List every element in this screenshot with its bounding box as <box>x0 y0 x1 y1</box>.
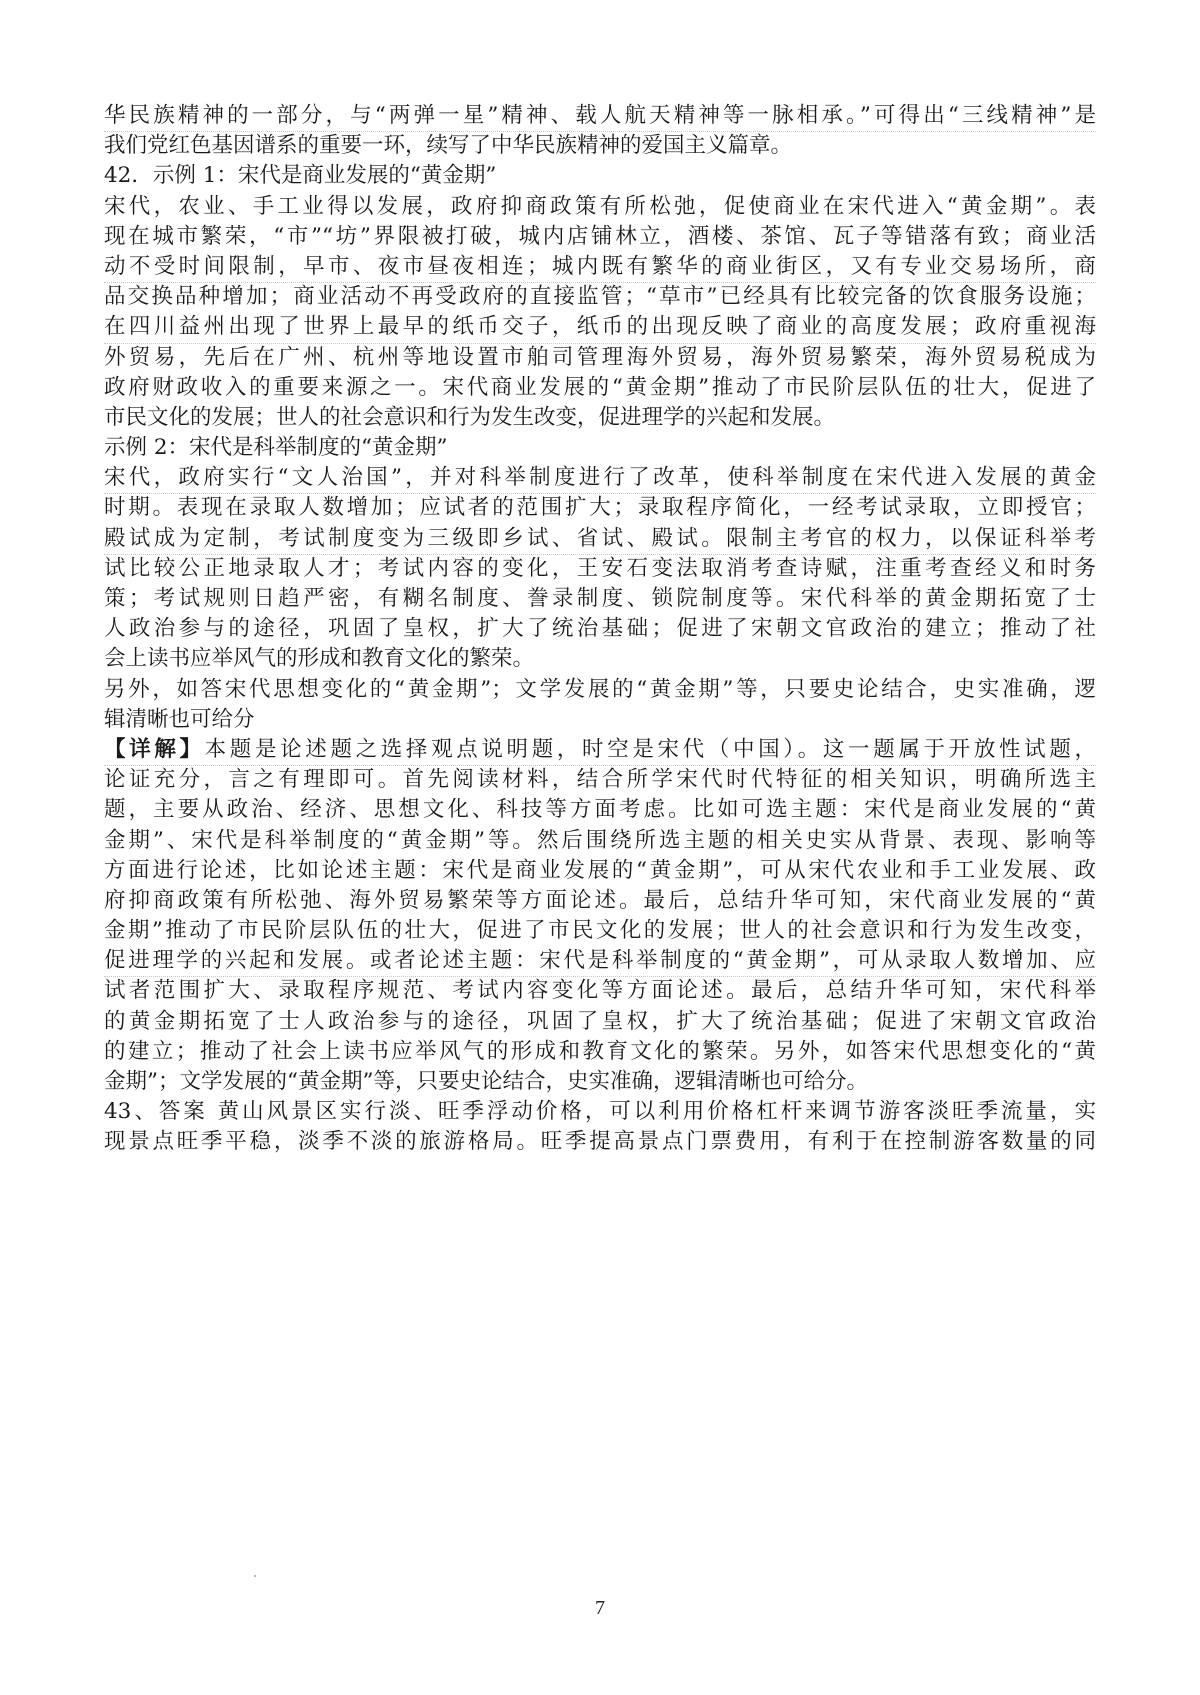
text-line: 促进理学的兴起和发展。或者论述主题：宋代是科举制度的“黄金期”，可从录取人数增加… <box>104 946 1096 976</box>
text-line: 动不受时间限制，早市、夜市昼夜相连；城内既有繁华的商业街区，又有专业交易场所，商 <box>104 252 1096 282</box>
text-line: 43、答案 黄山风景区实行淡、旺季浮动价格，可以利用价格杠杆来调节游客淡旺季流量… <box>104 1097 1096 1127</box>
text-line: 试比较公正地录取人才；考试内容的变化，王安石变法取消考查诗赋，注重考查经义和时务 <box>104 554 1096 584</box>
text-line: 人政治参与的途径，巩固了皇权，扩大了统治基础；促进了宋朝文官政治的建立；推动了社 <box>104 614 1096 644</box>
document-page: 华民族精神的一部分，与“两弹一星”精神、载人航天精神等一脉相承。”可得出“三线精… <box>0 0 1200 1695</box>
page-number: 7 <box>0 1597 1200 1620</box>
answer-text-body: 华民族精神的一部分，与“两弹一星”精神、载人航天精神等一脉相承。”可得出“三线精… <box>104 101 1096 1158</box>
text-line: 试者范围扩大、录取程序规范、考试内容变化等方面论述。最后，总结升华可知，宋代科举 <box>104 976 1096 1006</box>
text-line: 我们党红色基因谱系的重要一环，续写了中华民族精神的爱国主义篇章。 <box>104 131 1096 161</box>
text-line: 在四川益州出现了世界上最早的纸币交子，纸币的出现反映了商业的高度发展；政府重视海 <box>104 312 1096 342</box>
text-line: 金期”推动了市民阶层队伍的壮大，促进了市民文化的发展；世人的社会意识和行为发生改… <box>104 916 1096 946</box>
text-line: 的建立；推动了社会上读书应举风气的形成和教育文化的繁荣。另外，如答宋代思想变化的… <box>104 1037 1096 1067</box>
text-line: 题，主要从政治、经济、思想文化、科技等方面考虑。比如可选主题：宋代是商业发展的“… <box>104 795 1096 825</box>
text-line: 示例 2：宋代是科举制度的“黄金期” <box>104 433 1096 463</box>
text-line: 现在城市繁荣，“市”“坊”界限被打破，城内店铺林立，酒楼、茶馆、瓦子等错落有致；… <box>104 222 1096 252</box>
text-line: 品交换品种增加；商业活动不再受政府的直接监管；“草市”已经具有比较完备的饮食服务… <box>104 282 1096 312</box>
text-line: 策；考试规则日趋严密，有糊名制度、誊录制度、锁院制度等。宋代科举的黄金期拓宽了士 <box>104 584 1096 614</box>
text-line: 市民文化的发展；世人的社会意识和行为发生改变，促进理学的兴起和发展。 <box>104 403 1096 433</box>
text-line: 另外，如答宋代思想变化的“黄金期”；文学发展的“黄金期”等，只要史论结合，史实准… <box>104 675 1096 705</box>
text-line: 金期”、宋代是科举制度的“黄金期”等。然后围绕所选主题的相关史实从背景、表现、影… <box>104 826 1096 856</box>
text-line: 外贸易，先后在广州、杭州等地设置市舶司管理海外贸易，海外贸易繁荣，海外贸易税成为 <box>104 343 1096 373</box>
text-line: 华民族精神的一部分，与“两弹一星”精神、载人航天精神等一脉相承。”可得出“三线精… <box>104 101 1096 131</box>
text-line: 府抑商政策有所松弛、海外贸易繁荣等方面论述。最后，总结升华可知，宋代商业发展的“… <box>104 886 1096 916</box>
text-line: 宋代，政府实行“文人治国”，并对科举制度进行了改革，使科举制度在宋代进入发展的黄… <box>104 463 1096 493</box>
section-label: 【详解】 <box>104 737 205 762</box>
text-line: 论证充分，言之有理即可。首先阅读材料，结合所学宋代时代特征的相关知识，明确所选主 <box>104 765 1096 795</box>
text-line: 金期”；文学发展的“黄金期”等，只要史论结合，史实准确，逻辑清晰也可给分。 <box>104 1067 1096 1097</box>
text-line: 方面进行论述，比如论述主题：宋代是商业发展的“黄金期”，可从宋代农业和手工业发展… <box>104 856 1096 886</box>
text-line-content: 本题是论述题之选择观点说明题，时空是宋代（中国）。这一题属于开放性试题， <box>205 737 1096 762</box>
text-line: 时期。表现在录取人数增加；应试者的范围扩大；录取程序简化，一经考试录取，立即授官… <box>104 493 1096 523</box>
text-line: 辑清晰也可给分 <box>104 705 1096 735</box>
text-line: 殿试成为定制，考试制度变为三级即乡试、省试、殿试。限制主考官的权力，以保证科举考 <box>104 524 1096 554</box>
text-line: 现景点旺季平稳，淡季不淡的旅游格局。旺季提高景点门票费用，有利于在控制游客数量的… <box>104 1127 1096 1157</box>
scan-speck <box>254 1575 256 1577</box>
text-line: 的黄金期拓宽了士人政治参与的途径，巩固了皇权，扩大了统治基础；促进了宋朝文官政治 <box>104 1007 1096 1037</box>
text-line: 会上读书应举风气的形成和教育文化的繁荣。 <box>104 644 1096 674</box>
text-line: 政府财政收入的重要来源之一。宋代商业发展的“黄金期”推动了市民阶层队伍的壮大，促… <box>104 373 1096 403</box>
text-line: 42．示例 1：宋代是商业发展的“黄金期” <box>104 161 1096 191</box>
text-line: 宋代，农业、手工业得以发展，政府抑商政策有所松弛，促使商业在宋代进入“黄金期”。… <box>104 192 1096 222</box>
text-line: 【详解】本题是论述题之选择观点说明题，时空是宋代（中国）。这一题属于开放性试题， <box>104 735 1096 765</box>
